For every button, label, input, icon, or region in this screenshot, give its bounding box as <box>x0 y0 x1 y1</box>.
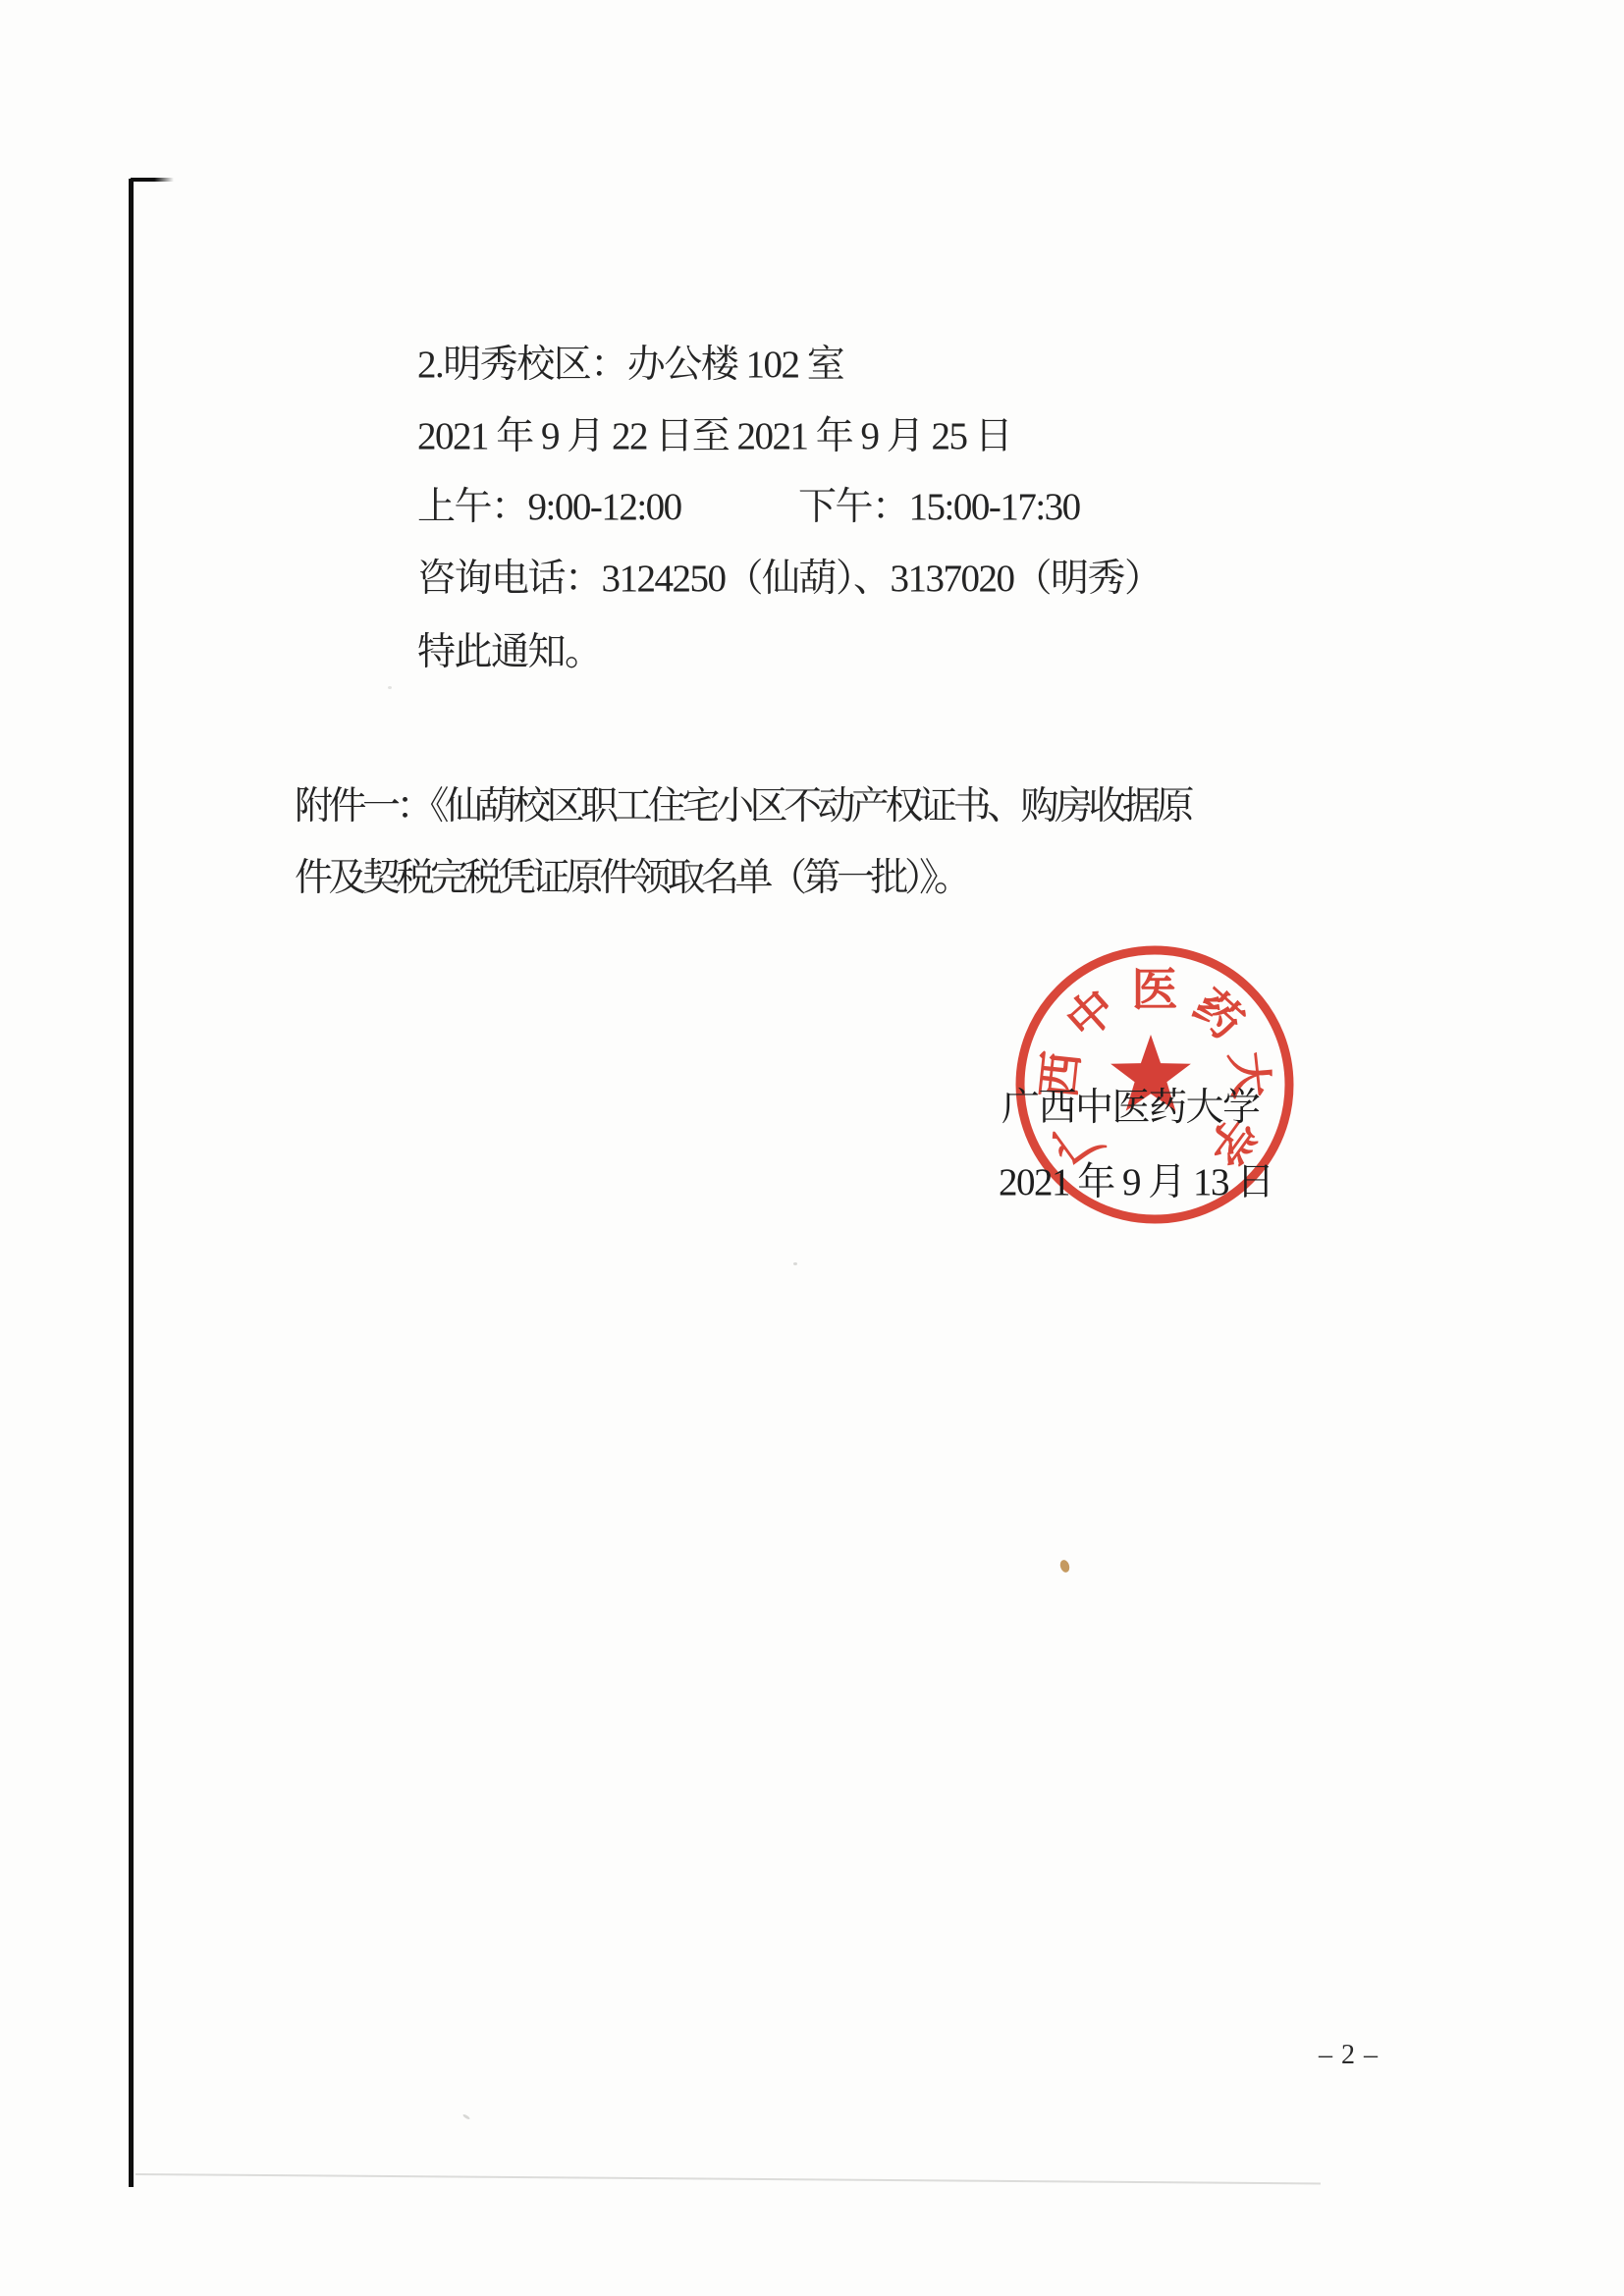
scan-edge-vertical-line <box>129 179 134 2187</box>
attachment-line-2: 件及契税完税凭证原件领取名单（第一批）》。 <box>295 859 968 897</box>
ink-speck-small-1 <box>793 1262 797 1265</box>
body-line-morning-hours: 上午：9:00-12:00 <box>417 488 681 526</box>
scan-crease-line <box>135 2173 1321 2184</box>
scanned-notice-page: 2.明秀校区：办公楼 102 室 2021 年 9 月 22 日至 2021 年… <box>0 0 1624 2296</box>
body-line-afternoon-hours: 下午：15:00-17:30 <box>798 488 1080 526</box>
page-number: – 2 – <box>1319 2040 1379 2071</box>
ink-speck-small-2 <box>462 2113 470 2120</box>
body-line-campus: 2.明秀校区：办公楼 102 室 <box>417 346 843 384</box>
scan-edge-top-hook <box>131 178 174 182</box>
body-line-dates: 2021 年 9 月 22 日至 2021 年 9 月 25 日 <box>417 417 1011 455</box>
ink-speck-tan <box>1058 1559 1071 1574</box>
seal-char-4: 医 <box>1132 965 1178 1016</box>
attachment-line-1: 附件一：《仙葫校区职工住宅小区不动产权证书、购房收据原 <box>295 787 1190 826</box>
body-line-phone: 咨询电话：3124250（仙葫）、3137020（明秀） <box>417 560 1162 598</box>
ink-speck-small-3 <box>388 686 392 689</box>
signature-date: 2021 年 9 月 13 日 <box>999 1163 1273 1201</box>
seal-char-3: 中 <box>1057 981 1126 1049</box>
signature-org: 广西中医药大学 <box>1001 1089 1260 1127</box>
body-line-closing: 特此通知。 <box>417 633 602 671</box>
seal-char-5: 药 <box>1183 981 1252 1049</box>
